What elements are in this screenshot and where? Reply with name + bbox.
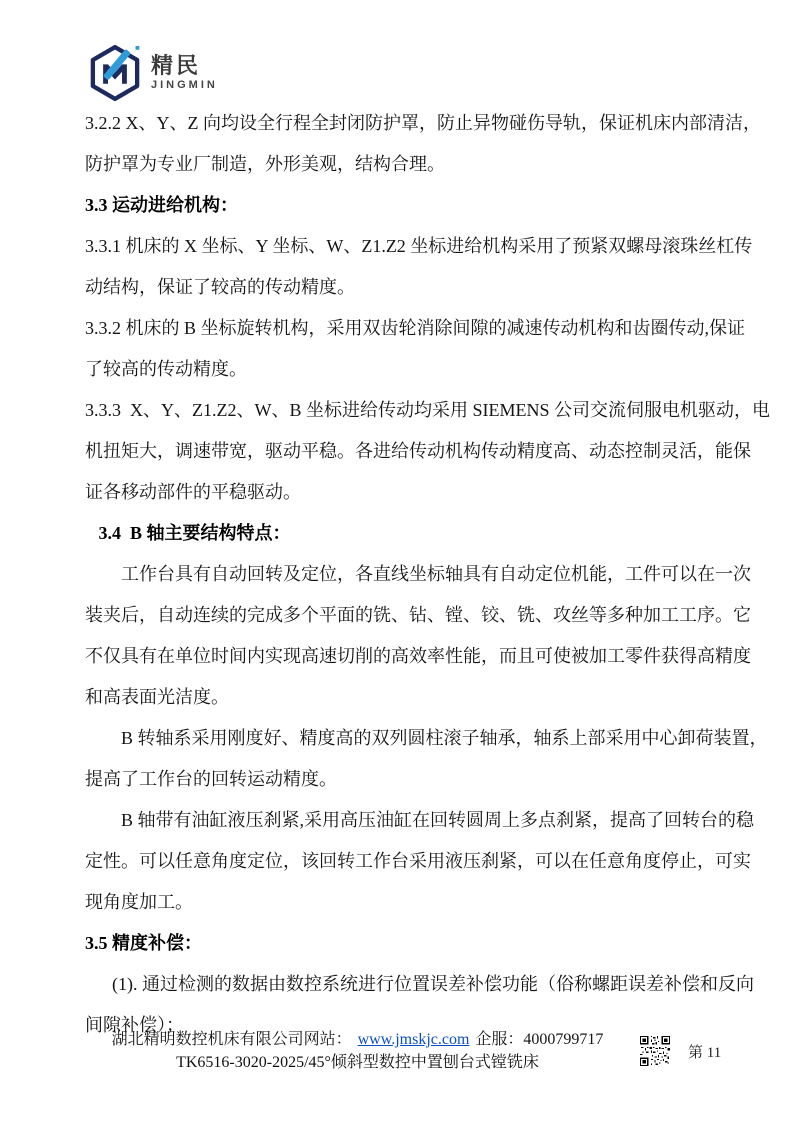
- document-page: 精民 JINGMIN 3.2.2 X、Y、Z 向均设全行程全封闭防护罩，防止异物…: [0, 0, 800, 1131]
- text-line: 和高表面光洁度。: [85, 677, 725, 718]
- text-line: 证各移动部件的平稳驱动。: [85, 472, 725, 513]
- text-line: 提高了工作台的回转运动精度。: [85, 759, 725, 800]
- text-line: 定性。可以任意角度定位，该回转工作台采用液压刹紧，可以在任意角度停止，可实: [85, 841, 725, 882]
- footer-service-phone: 企服：4000799717: [475, 1031, 603, 1048]
- text-line: 不仅具有在单位时间内实现高速切削的高效率性能，而且可使被加工零件获得高精度: [85, 636, 725, 677]
- text-line: 了较高的传动精度。: [85, 349, 725, 390]
- text-line: (1). 通过检测的数据由数控系统进行位置误差补偿功能（俗称螺距误差补偿和反向: [85, 964, 725, 1005]
- text-line: 动结构，保证了较高的传动精度。: [85, 267, 725, 308]
- section-heading: 3.3 运动进给机构：: [85, 185, 725, 226]
- footer-company-site-label: 湖北精明数控机床有限公司网站：: [112, 1031, 352, 1048]
- text-line: 3.3.1 机床的 X 坐标、Y 坐标、W、Z1.Z2 坐标进给机构采用了预紧双…: [85, 226, 725, 267]
- text-line: 机扭矩大，调速带宽，驱动平稳。各进给传动机构传动精度高、动态控制灵活，能保: [85, 431, 725, 472]
- qr-code: [640, 1036, 670, 1066]
- text-line: 工作台具有自动回转及定位，各直线坐标轴具有自动定位机能，工件可以在一次: [85, 554, 725, 595]
- text-line: 现角度加工。: [85, 882, 725, 923]
- page-number: 第 11: [688, 1041, 721, 1062]
- footer-text: 湖北精明数控机床有限公司网站：www.jmskjc.com企服：40007997…: [85, 1028, 630, 1074]
- text-line: B 轴带有油缸液压刹紧,采用高压油缸在回转圆周上多点刹紧，提高了回转台的稳: [85, 800, 725, 841]
- text-line: B 转轴系采用刚度好、精度高的双列圆柱滚子轴承，轴系上部采用中心卸荷装置，: [85, 718, 725, 759]
- text-line: 装夹后，自动连续的完成多个平面的铣、钻、镗、铰、铣、攻丝等多种加工工序。它: [85, 595, 725, 636]
- footer-product-name: TK6516-3020-2025/45°倾斜型数控中置刨台式镗铣床: [85, 1051, 630, 1074]
- footer-contact-line: 湖北精明数控机床有限公司网站：www.jmskjc.com企服：40007997…: [85, 1028, 630, 1051]
- footer-website-link[interactable]: www.jmskjc.com: [358, 1031, 470, 1048]
- text-line: 3.3.3 X、Y、Z1.Z2、W、B 坐标进给传动均采用 SIEMENS 公司…: [85, 390, 725, 431]
- logo-brand-cn: 精民: [151, 55, 218, 77]
- text-line: 3.2.2 X、Y、Z 向均设全行程全封闭防护罩，防止异物碰伤导轨，保证机床内部…: [85, 103, 725, 144]
- page-footer: 湖北精明数控机床有限公司网站：www.jmskjc.com企服：40007997…: [85, 1028, 725, 1074]
- section-heading: 3.4 B 轴主要结构特点：: [85, 513, 725, 554]
- document-body: 3.2.2 X、Y、Z 向均设全行程全封闭防护罩，防止异物碰伤导轨，保证机床内部…: [85, 103, 725, 1046]
- text-line: 3.3.2 机床的 B 坐标旋转机构，采用双齿轮消除间隙的减速传动机构和齿圈传动…: [85, 308, 725, 349]
- logo-brand-en: JINGMIN: [151, 80, 218, 91]
- text-line: 防护罩为专业厂制造，外形美观，结构合理。: [85, 144, 725, 185]
- logo-hexagon-m-icon: [88, 44, 142, 102]
- section-heading: 3.5 精度补偿：: [85, 923, 725, 964]
- company-logo: 精民 JINGMIN: [88, 44, 218, 102]
